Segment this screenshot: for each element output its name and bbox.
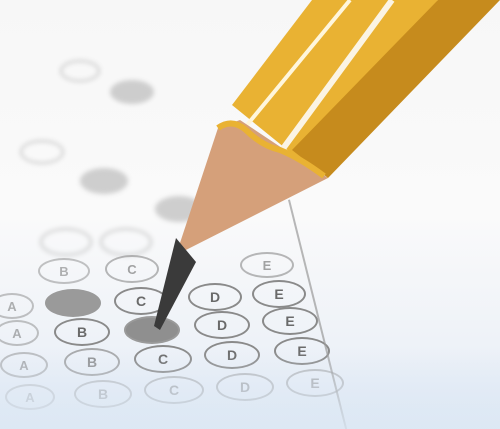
bottom-fade (0, 349, 500, 429)
pencil-graphite (154, 238, 196, 330)
photo-scene: B C E A C D E A B D E A B C D E A B C D … (0, 0, 500, 429)
